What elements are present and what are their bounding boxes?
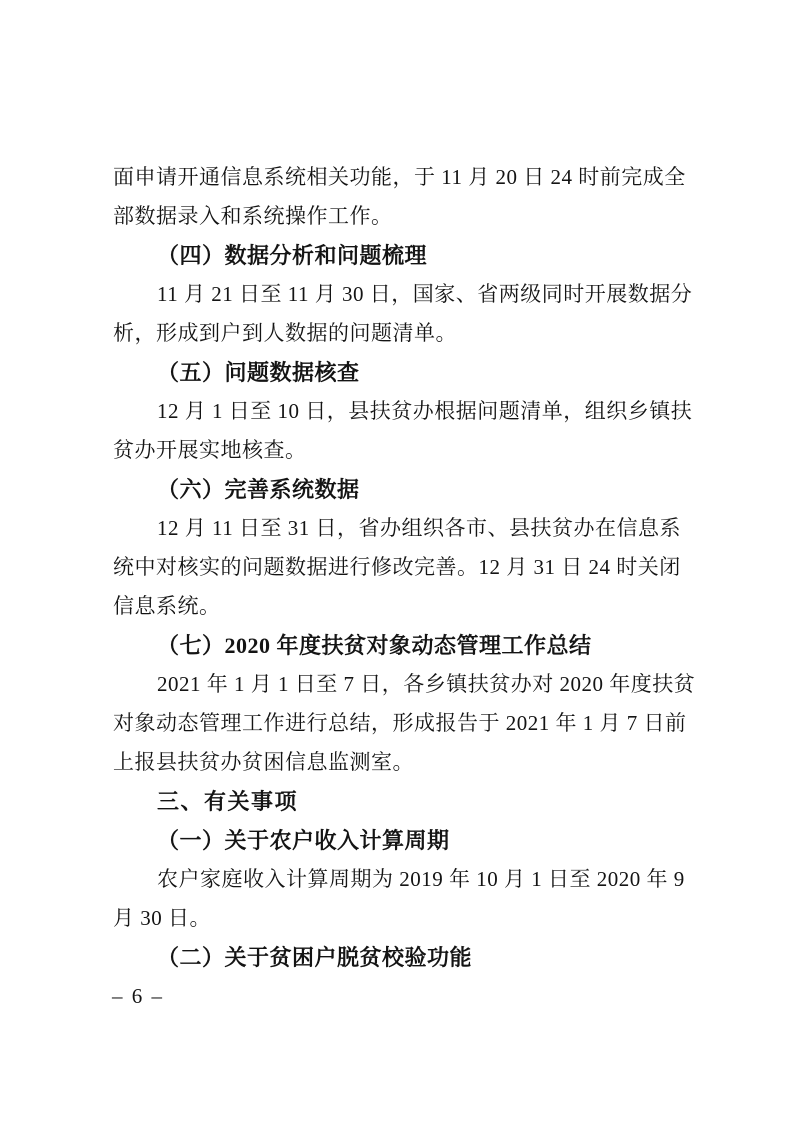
document-text-line: 贫办开展实地核查。	[113, 431, 680, 470]
document-body: 面申请开通信息系统相关功能，于 11 月 20 日 24 时前完成全部数据录入和…	[113, 158, 680, 977]
document-text-line: 析，形成到户到人数据的问题清单。	[113, 314, 680, 353]
document-text-line: 统中对核实的问题数据进行修改完善。12 月 31 日 24 时关闭	[113, 548, 680, 587]
document-heading: （七）2020 年度扶贫对象动态管理工作总结	[113, 626, 680, 665]
document-heading: （二）关于贫困户脱贫校验功能	[113, 938, 680, 977]
document-text-line: 2021 年 1 月 1 日至 7 日，各乡镇扶贫办对 2020 年度扶贫	[113, 665, 680, 704]
document-text-line: 上报县扶贫办贫困信息监测室。	[113, 743, 680, 782]
document-text-line: 对象动态管理工作进行总结，形成报告于 2021 年 1 月 7 日前	[113, 704, 680, 743]
document-text-line: 12 月 11 日至 31 日，省办组织各市、县扶贫办在信息系	[113, 509, 680, 548]
document-text-line: 12 月 1 日至 10 日，县扶贫办根据问题清单，组织乡镇扶	[113, 392, 680, 431]
document-text-line: 月 30 日。	[113, 899, 680, 938]
document-heading: （五）问题数据核查	[113, 353, 680, 392]
document-text-line: 农户家庭收入计算周期为 2019 年 10 月 1 日至 2020 年 9	[113, 860, 680, 899]
document-heading: （六）完善系统数据	[113, 470, 680, 509]
document-heading: （一）关于农户收入计算周期	[113, 821, 680, 860]
document-page: 面申请开通信息系统相关功能，于 11 月 20 日 24 时前完成全部数据录入和…	[0, 0, 793, 1122]
document-text-line: 部数据录入和系统操作工作。	[113, 197, 680, 236]
page-number: – 6 –	[112, 984, 164, 1009]
document-text-line: 信息系统。	[113, 587, 680, 626]
document-heading: 三、有关事项	[113, 782, 680, 821]
document-heading: （四）数据分析和问题梳理	[113, 236, 680, 275]
document-text-line: 面申请开通信息系统相关功能，于 11 月 20 日 24 时前完成全	[113, 158, 680, 197]
document-text-line: 11 月 21 日至 11 月 30 日，国家、省两级同时开展数据分	[113, 275, 680, 314]
